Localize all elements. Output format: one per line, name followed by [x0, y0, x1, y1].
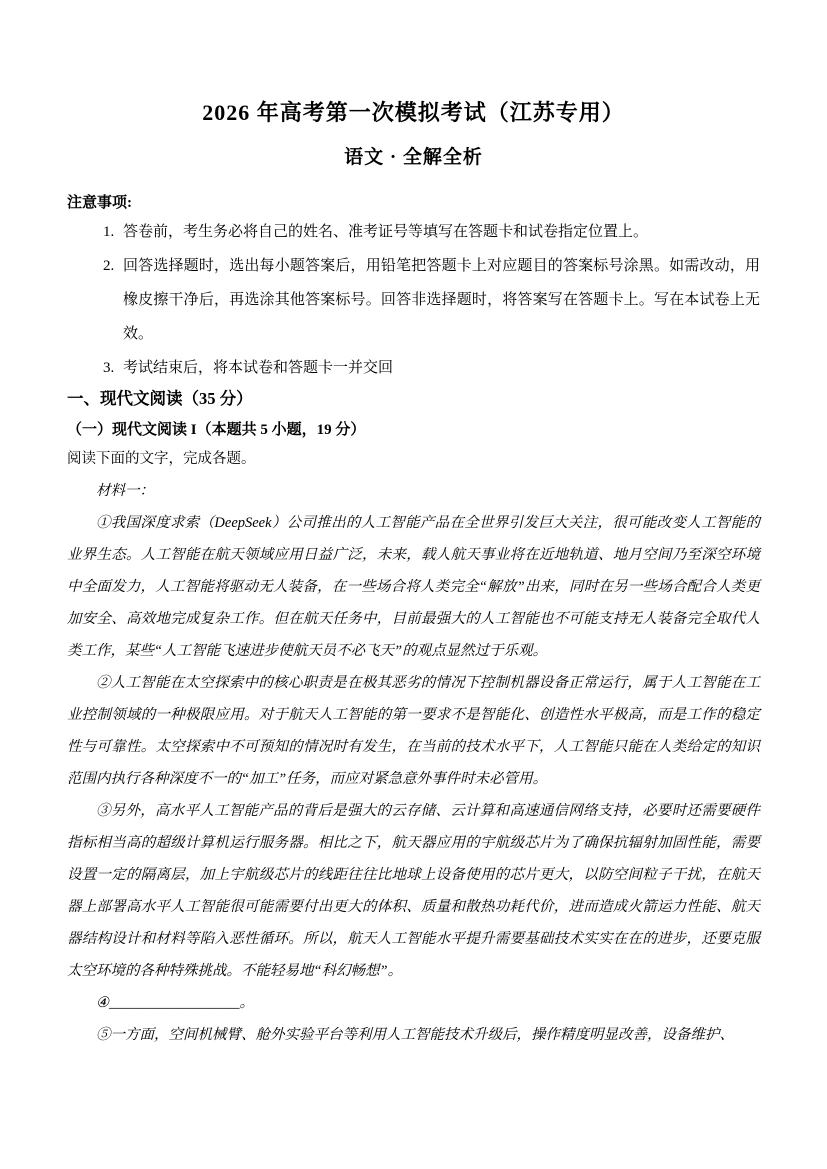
notice-item-number: 1.: [103, 215, 114, 249]
notice-list: 1. 答卷前，考生务必将自己的姓名、准考证号等填写在答题卡和试卷指定位置上。 2…: [67, 215, 760, 385]
paper-subtitle: 语文 · 全解全析: [67, 144, 760, 171]
exam-paper-page: 2026 年高考第一次模拟考试（江苏专用） 语文 · 全解全析 注意事项: 1.…: [0, 0, 827, 1169]
paper-title: 2026 年高考第一次模拟考试（江苏专用）: [67, 98, 760, 128]
notice-heading: 注意事项:: [67, 193, 760, 213]
material-paragraph: ③另外，高水平人工智能产品的背后是强大的云存储、云计算和高速通信网络支持，必要时…: [67, 795, 760, 987]
material-paragraph: ①我国深度求索（DeepSeek）公司推出的人工智能产品在全世界引发巨大关注，很…: [67, 507, 760, 667]
notice-item-text: 考试结束后，将本试卷和答题卡一并交回: [123, 360, 393, 376]
material-section: 材料一： ①我国深度求索（DeepSeek）公司推出的人工智能产品在全世界引发巨…: [67, 481, 760, 1051]
reading-instruction: 阅读下面的文字，完成各题。: [67, 449, 760, 469]
section-heading-modern-reading: 一、现代文阅读（35 分）: [67, 387, 760, 411]
notice-item-number: 3.: [103, 351, 114, 385]
notice-item: 1. 答卷前，考生务必将自己的姓名、准考证号等填写在答题卡和试卷指定位置上。: [67, 215, 760, 249]
notice-section: 注意事项: 1. 答卷前，考生务必将自己的姓名、准考证号等填写在答题卡和试卷指定…: [67, 193, 760, 385]
notice-item: 2. 回答选择题时，选出每小题答案后，用铅笔把答题卡上对应题目的答案标号涂黑。如…: [67, 249, 760, 351]
notice-item-text: 回答选择题时，选出每小题答案后，用铅笔把答题卡上对应题目的答案标号涂黑。如需改动…: [123, 258, 760, 342]
material-paragraph-blank: ④__________________。: [67, 987, 760, 1019]
material-label: 材料一：: [67, 481, 760, 501]
material-body: ①我国深度求索（DeepSeek）公司推出的人工智能产品在全世界引发巨大关注，很…: [67, 507, 760, 1051]
notice-item-number: 2.: [103, 249, 114, 283]
notice-item: 3. 考试结束后，将本试卷和答题卡一并交回: [67, 351, 760, 385]
notice-item-text: 答卷前，考生务必将自己的姓名、准考证号等填写在答题卡和试卷指定位置上。: [123, 224, 648, 240]
material-paragraph: ②人工智能在太空探索中的核心职责是在极其恶劣的情况下控制机器设备正常运行，属于人…: [67, 667, 760, 795]
material-paragraph: ⑤一方面，空间机械臂、舱外实验平台等利用人工智能技术升级后，操作精度明显改善，设…: [67, 1019, 760, 1051]
section-subheading-reading-one: （一）现代文阅读 I（本题共 5 小题，19 分）: [67, 419, 760, 441]
